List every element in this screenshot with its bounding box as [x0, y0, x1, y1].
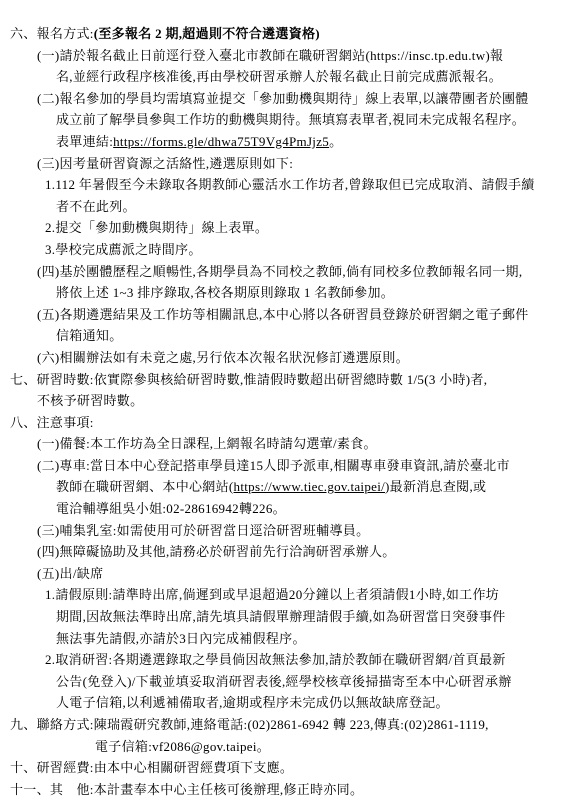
- doc-line: (五)各期遴選結果及工作坊等相關訊息,本中心將以各研習員登錄於研習網之電子郵件: [0, 304, 570, 326]
- text-run: 電子信箱:vf2086@gov.taipei。: [95, 739, 270, 754]
- text-run: (二)專車:當日本中心登記搭車學員達15人即予派車,相關專車發車資訊,請於臺北市: [37, 458, 510, 473]
- text-run: 。: [329, 134, 342, 149]
- text-run: 3.學校完成薦派之時間序。: [45, 242, 202, 257]
- doc-line: 十一、其 他:本計畫奉本中心主任核可後辦理,修正時亦同。: [0, 779, 570, 800]
- doc-line: 者不在此列。: [0, 196, 570, 218]
- text-run: 成立前了解學員參與工作坊的動機與期待。無填寫表單者,視同未完成報名程序。: [56, 112, 525, 127]
- text-run: 1.112 年暑假至今未錄取各期教師心靈活水工作坊者,曾錄取但已完成取消、請假手…: [45, 177, 535, 192]
- text-run: 表單連結:: [56, 134, 113, 149]
- text-run: 2.取消研習:各期遴選錄取之學員倘因故無法參加,請於教師在職研習網/首頁最新: [45, 652, 506, 667]
- doc-line: 期間,因故無法準時出席,請先填具請假單辦理請假手續,如為研習當日突發事件: [0, 606, 570, 628]
- doc-line: 不核予研習時數。: [0, 390, 570, 412]
- doc-line: 電洽輔導組吳小姐:02-28616942轉226。: [0, 498, 570, 520]
- text-run: 十一、其 他:本計畫奉本中心主任核可後辦理,修正時亦同。: [10, 782, 363, 797]
- bold-text: (至多報名 2 期,超過則不符合遴選資格): [94, 26, 320, 41]
- doc-line: 成立前了解學員參與工作坊的動機與期待。無填寫表單者,視同未完成報名程序。: [0, 109, 570, 131]
- doc-line: (一)請於報名截止日前逕行登入臺北市教師在職研習網站(https://insc.…: [0, 45, 570, 67]
- text-run: 七、研習時數:依實際參與核給研習時數,惟請假時數超出研習總時數 1/5(3 小時…: [10, 372, 487, 387]
- doc-line: 教師在職研習網、本中心網站(https://www.tiec.gov.taipe…: [0, 476, 570, 498]
- text-run: )最新消息查閱,或: [385, 479, 486, 494]
- doc-line: (三)哺集乳室:如需使用可於研習當日逕洽研習班輔導員。: [0, 520, 570, 542]
- text-run: 九、聯絡方式:陳瑞霞研究教師,連絡電話:(02)2861-6942 轉 223,…: [10, 717, 489, 732]
- doc-line: (一)備餐:本工作坊為全日課程,上網報名時請勾選葷/素食。: [0, 433, 570, 455]
- doc-line: 2.提交「參加動機與期待」線上表單。: [0, 217, 570, 239]
- doc-line: (四)無障礙協助及其他,請務必於研習前先行洽詢研習承辦人。: [0, 541, 570, 563]
- text-run: (一)請於報名截止日前逕行登入臺北市教師在職研習網站(https://insc.…: [37, 48, 503, 63]
- doc-line: 1.請假原則:請準時出席,倘遲到或早退超過20分鐘以上者須請假1小時,如工作坊: [0, 584, 570, 606]
- text-run: (四)基於團體歷程之順暢性,各期學員為不同校之教師,倘有同校多位教師報名同一期,: [37, 264, 522, 279]
- text-run: (三)哺集乳室:如需使用可於研習當日逕洽研習班輔導員。: [37, 523, 369, 538]
- url-link[interactable]: https://forms.gle/dhwa75T9Vg4PmJjz5: [113, 134, 329, 149]
- text-run: 將依上述 1~3 排序錄取,各校各期原則錄取 1 名教師參加。: [56, 285, 394, 300]
- doc-line: 2.取消研習:各期遴選錄取之學員倘因故無法參加,請於教師在職研習網/首頁最新: [0, 649, 570, 671]
- text-run: 名,並經行政程序核准後,再由學校研習承辦人於報名截止日前完成薦派報名。: [56, 69, 502, 84]
- text-run: (五)各期遴選結果及工作坊等相關訊息,本中心將以各研習員登錄於研習網之電子郵件: [37, 307, 529, 322]
- doc-line: 人電子信箱,以利遞補備取者,逾期或程序未完成仍以無故缺席登記。: [0, 692, 570, 714]
- text-run: 八、注意事項:: [10, 415, 94, 430]
- doc-line: 名,並經行政程序核准後,再由學校研習承辦人於報名截止日前完成薦派報名。: [0, 66, 570, 88]
- text-run: (六)相關辦法如有未竟之處,另行依本次報名狀況修訂遴選原則。: [37, 350, 409, 365]
- text-run: (二)報名參加的學員均需填寫並提交「參加動機與期待」線上表單,以讓帶團者於團體: [37, 91, 529, 106]
- text-run: 公告(免登入)/下載並填妥取消研習表後,經學校核章後掃描寄至本中心研習承辦: [56, 674, 512, 689]
- doc-line: 六、報名方式:(至多報名 2 期,超過則不符合遴選資格): [0, 23, 570, 45]
- text-run: 十、研習經費:由本中心相關研習經費項下支應。: [10, 760, 293, 775]
- doc-line: 公告(免登入)/下載並填妥取消研習表後,經學校核章後掃描寄至本中心研習承辦: [0, 671, 570, 693]
- text-run: 期間,因故無法準時出席,請先填具請假單辦理請假手續,如為研習當日突發事件: [56, 609, 506, 624]
- text-run: (一)備餐:本工作坊為全日課程,上網報名時請勾選葷/素食。: [37, 436, 377, 451]
- text-run: (四)無障礙協助及其他,請務必於研習前先行洽詢研習承辦人。: [37, 544, 396, 559]
- document-page: 六、報名方式:(至多報名 2 期,超過則不符合遴選資格)(一)請於報名截止日前逕…: [0, 0, 570, 800]
- doc-line: 七、研習時數:依實際參與核給研習時數,惟請假時數超出研習總時數 1/5(3 小時…: [0, 369, 570, 391]
- doc-line: (三)因考量研習資源之活絡性,遴選原則如下:: [0, 153, 570, 175]
- text-run: 教師在職研習網、本中心網站(: [56, 479, 234, 494]
- doc-line: 無法事先請假,亦請於3日內完成補假程序。: [0, 628, 570, 650]
- text-run: 人電子信箱,以利遞補備取者,逾期或程序未完成仍以無故缺席登記。: [56, 695, 449, 710]
- text-run: 2.提交「參加動機與期待」線上表單。: [45, 220, 268, 235]
- text-run: 電洽輔導組吳小姐:02-28616942轉226。: [56, 501, 286, 516]
- doc-line: (五)出/缺席: [0, 563, 570, 585]
- doc-line: 八、注意事項:: [0, 412, 570, 434]
- text-run: 無法事先請假,亦請於3日內完成補假程序。: [56, 631, 306, 646]
- text-run: 不核予研習時數。: [37, 393, 143, 408]
- text-run: 者不在此列。: [56, 199, 136, 214]
- doc-line: 信箱通知。: [0, 325, 570, 347]
- doc-line: 表單連結:https://forms.gle/dhwa75T9Vg4PmJjz5…: [0, 131, 570, 153]
- url-link[interactable]: https://www.tiec.gov.taipei/: [234, 479, 386, 494]
- doc-line: 1.112 年暑假至今未錄取各期教師心靈活水工作坊者,曾錄取但已完成取消、請假手…: [0, 174, 570, 196]
- doc-line: (四)基於團體歷程之順暢性,各期學員為不同校之教師,倘有同校多位教師報名同一期,: [0, 261, 570, 283]
- text-run: (三)因考量研習資源之活絡性,遴選原則如下:: [37, 156, 293, 171]
- doc-line: 3.學校完成薦派之時間序。: [0, 239, 570, 261]
- doc-line: 十、研習經費:由本中心相關研習經費項下支應。: [0, 757, 570, 779]
- doc-line: 將依上述 1~3 排序錄取,各校各期原則錄取 1 名教師參加。: [0, 282, 570, 304]
- doc-line: (二)專車:當日本中心登記搭車學員達15人即予派車,相關專車發車資訊,請於臺北市: [0, 455, 570, 477]
- doc-line: 九、聯絡方式:陳瑞霞研究教師,連絡電話:(02)2861-6942 轉 223,…: [0, 714, 570, 736]
- doc-line: 電子信箱:vf2086@gov.taipei。: [0, 736, 570, 758]
- text-run: (五)出/缺席: [37, 566, 103, 581]
- text-run: 信箱通知。: [56, 328, 123, 343]
- text-run: 六、報名方式:: [10, 26, 94, 41]
- doc-line: (六)相關辦法如有未竟之處,另行依本次報名狀況修訂遴選原則。: [0, 347, 570, 369]
- document-body: 六、報名方式:(至多報名 2 期,超過則不符合遴選資格)(一)請於報名截止日前逕…: [0, 23, 570, 800]
- text-run: 1.請假原則:請準時出席,倘遲到或早退超過20分鐘以上者須請假1小時,如工作坊: [45, 587, 499, 602]
- doc-line: (二)報名參加的學員均需填寫並提交「參加動機與期待」線上表單,以讓帶團者於團體: [0, 88, 570, 110]
